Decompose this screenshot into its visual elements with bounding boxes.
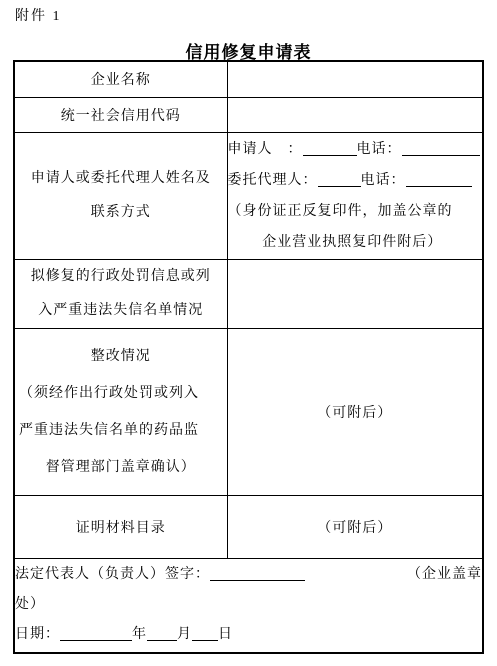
credit-code-input-cell[interactable] xyxy=(227,97,483,132)
rectification-input-cell[interactable]: （可附后） xyxy=(227,328,483,495)
rectification-label-cell: 整改情况 （须经作出行政处罚或列入 严重违法失信名单的药品监 督管理部门盖章确认… xyxy=(14,328,227,495)
attachment-number-label: 附件 1 xyxy=(15,5,62,25)
agent-phone-blank[interactable] xyxy=(406,173,472,187)
applicant-phone-blank[interactable] xyxy=(402,142,480,156)
signature-left-group: 法定代表人（负责人）签字： xyxy=(15,560,305,590)
contact-input-cell: 申请人 ：电话： 委托代理人：电话： （身份证正反复印件，加盖公章的 企业营业执… xyxy=(227,132,483,259)
contact-note-line2: 企业营业执照复印件附后） xyxy=(228,227,483,258)
row-rectification: 整改情况 （须经作出行政处罚或列入 严重违法失信名单的药品监 督管理部门盖章确认… xyxy=(14,328,483,495)
materials-label-cell: 证明材料目录 xyxy=(14,495,227,558)
agent-phone-label: 电话： xyxy=(361,173,406,188)
signature-label: 法定代表人（负责人）签字： xyxy=(15,567,210,582)
penalty-label-cell: 拟修复的行政处罚信息或列 入严重违法失信名单情况 xyxy=(14,259,227,328)
materials-input-cell[interactable]: （可附后） xyxy=(227,495,483,558)
credit-code-label: 统一社会信用代码 xyxy=(14,97,227,132)
rectification-attach-note: （可附后） xyxy=(317,406,392,421)
year-label: 年 xyxy=(132,627,147,642)
date-day-blank[interactable] xyxy=(192,627,218,641)
contact-label-line2: 联系方式 xyxy=(15,196,227,230)
date-year-blank[interactable] xyxy=(60,627,132,641)
seal-note-part1: （企业盖章 xyxy=(407,560,482,590)
signature-line: 法定代表人（负责人）签字： （企业盖章 xyxy=(15,560,482,590)
credit-code-label-text: 统一社会信用代码 xyxy=(61,109,181,124)
applicant-name-blank[interactable] xyxy=(303,142,357,156)
contact-label-cell: 申请人或委托代理人姓名及 联系方式 xyxy=(14,132,227,259)
company-name-input-cell[interactable] xyxy=(227,61,483,97)
penalty-label-line1: 拟修复的行政处罚信息或列 xyxy=(15,260,227,294)
date-label: 日期： xyxy=(15,627,60,642)
row-company-name: 企业名称 xyxy=(14,61,483,97)
signature-cell: 法定代表人（负责人）签字： （企业盖章 处） 日期：年月日 xyxy=(14,558,483,653)
row-penalty-info: 拟修复的行政处罚信息或列 入严重违法失信名单情况 xyxy=(14,259,483,328)
applicant-label: 申请人 ： xyxy=(228,142,303,157)
date-line: 日期：年月日 xyxy=(15,620,482,650)
row-signature: 法定代表人（负责人）签字： （企业盖章 处） 日期：年月日 xyxy=(14,558,483,653)
company-name-label: 企业名称 xyxy=(14,61,227,97)
row-credit-code: 统一社会信用代码 xyxy=(14,97,483,132)
row-contact-info: 申请人或委托代理人姓名及 联系方式 申请人 ：电话： 委托代理人：电话： （身份… xyxy=(14,132,483,259)
agent-name-blank[interactable] xyxy=(318,173,361,187)
day-label: 日 xyxy=(218,627,233,642)
materials-label-text: 证明材料目录 xyxy=(76,521,166,536)
applicant-line: 申请人 ：电话： xyxy=(228,134,483,165)
date-month-blank[interactable] xyxy=(147,627,177,641)
credit-repair-form-table: 企业名称 统一社会信用代码 申请人或委托代理人姓名及 联系方式 申请人 ：电话：… xyxy=(13,60,484,654)
applicant-phone-label: 电话： xyxy=(357,142,402,157)
seal-note-part2: 处） xyxy=(15,590,482,620)
agent-label: 委托代理人： xyxy=(228,173,318,188)
materials-attach-note: （可附后） xyxy=(317,521,392,536)
rectification-note-line1: （须经作出行政处罚或列入 xyxy=(15,375,227,412)
company-name-label-text: 企业名称 xyxy=(91,73,151,88)
penalty-label-line2: 入严重违法失信名单情况 xyxy=(15,294,227,328)
contact-label-line1: 申请人或委托代理人姓名及 xyxy=(15,162,227,196)
signature-blank[interactable] xyxy=(210,567,305,581)
agent-line: 委托代理人：电话： xyxy=(228,165,483,196)
contact-note-line1: （身份证正反复印件，加盖公章的 xyxy=(228,196,483,227)
rectification-title: 整改情况 xyxy=(15,338,227,375)
rectification-note-line2: 严重违法失信名单的药品监 xyxy=(15,412,227,449)
rectification-note-line3: 督管理部门盖章确认） xyxy=(15,449,227,486)
row-materials: 证明材料目录 （可附后） xyxy=(14,495,483,558)
penalty-info-input-cell[interactable] xyxy=(227,259,483,328)
month-label: 月 xyxy=(177,627,192,642)
